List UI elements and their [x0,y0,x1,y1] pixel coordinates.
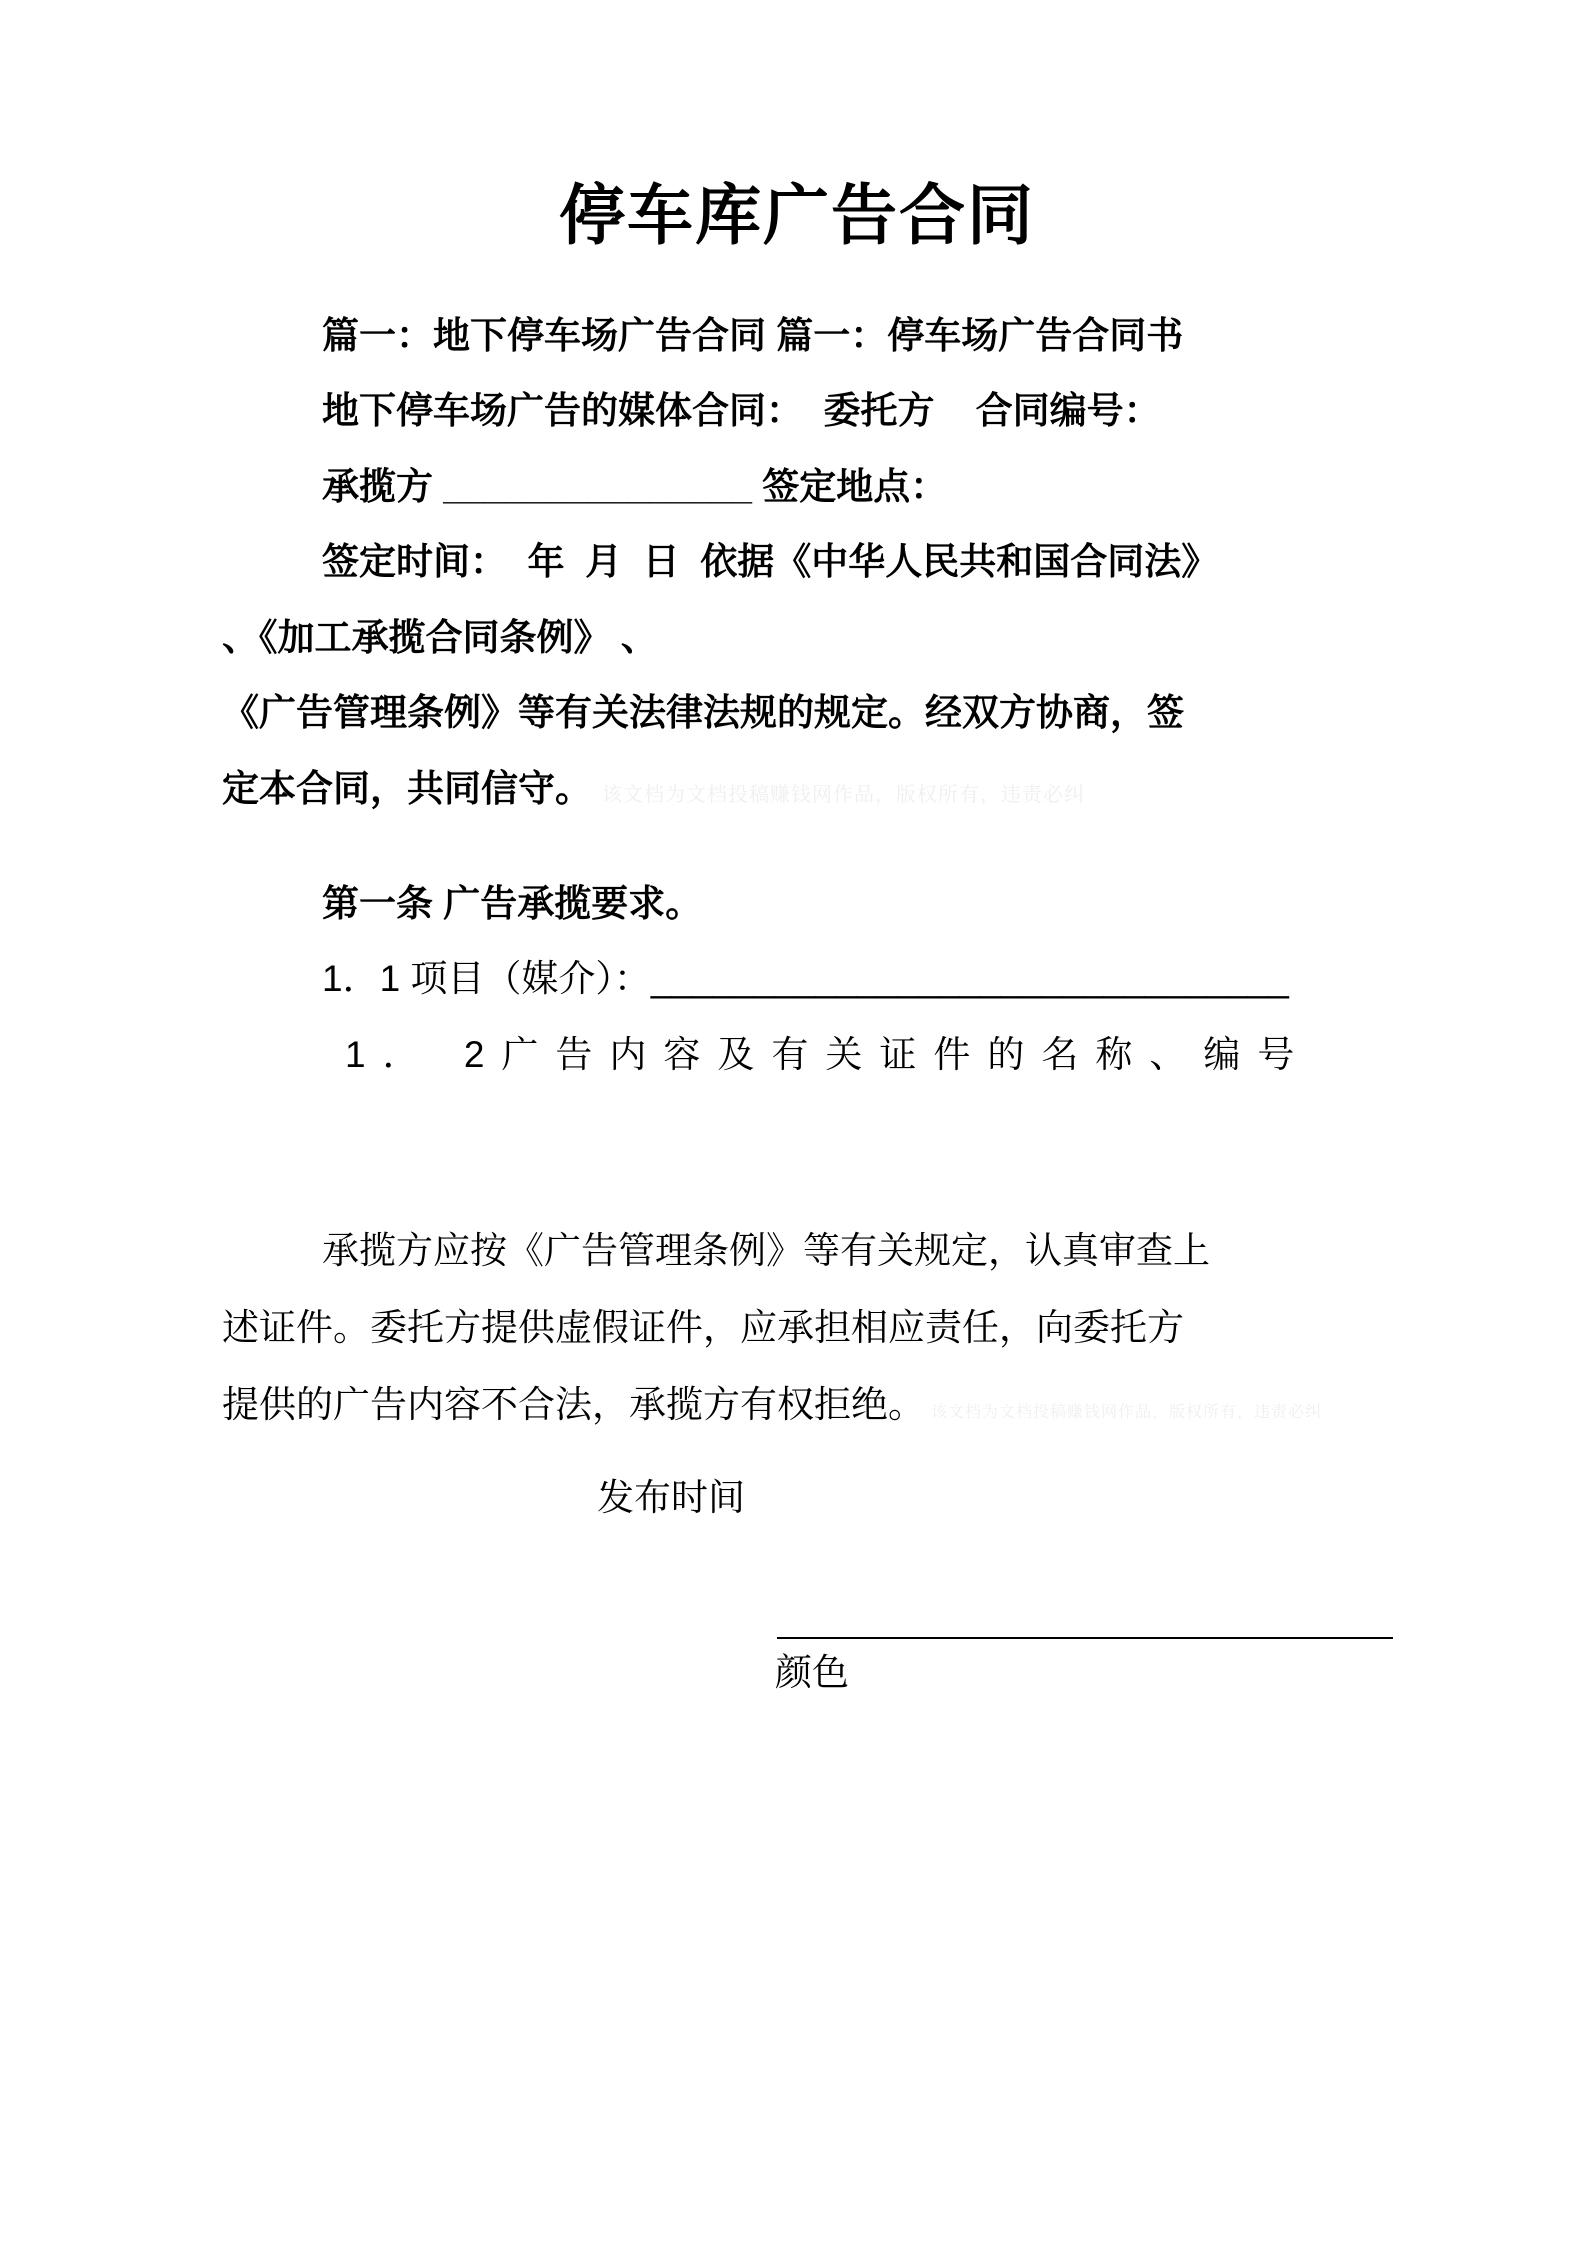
paragraph-regulation-2: 《广告管理条例》等有关法律法规的规定。经双方协商，签 [222,692,1184,735]
document-page: 停车库广告合同 篇一：地下停车场广告合同 篇一：停车场广告合同书 地下停车场广告… [0,0,1594,2256]
paragraph-review-1: 承揽方应按《广告管理条例》等有关规定，认真审查上 [322,1230,1210,1273]
paragraph-review-2: 述证件。委托方提供虚假证件，应承担相应责任，向委托方 [222,1307,1184,1350]
paragraph-text: 提供的广告内容不合法，承揽方有权拒绝。 [222,1384,925,1425]
paragraph-item-1-2: 1． 2广告内容及有关证件的名称、编号 [345,1034,1311,1077]
label-color: 颜色 [775,1652,849,1695]
label-publish-time: 发布时间 [597,1477,745,1520]
paragraph-item-1-1: 1．1 项目（媒介）：_____________________________… [322,958,1289,1001]
paragraph-pian-yi: 篇一：地下停车场广告合同 篇一：停车场广告合同书 [322,315,1183,358]
document-title: 停车库广告合同 [0,182,1594,248]
paragraph-media-contract: 地下停车场广告的媒体合同： 委托方 合同编号： [322,390,1161,433]
paragraph-text: 定本合同，共同信守。 [222,768,592,809]
paragraph-signing-time: 签定时间： 年 月 日 依据《中华人民共和国合同法》 [322,541,1218,584]
paragraph-review-3: 提供的广告内容不合法，承揽方有权拒绝。该文档为文档投稿赚钱网作品，版权所有，违责… [222,1384,1322,1427]
watermark-text: 该文档为文档投稿赚钱网作品，版权所有，违责必纠 [602,784,1085,806]
watermark-text: 该文档为文档投稿赚钱网作品，版权所有，违责必纠 [931,1404,1322,1421]
paragraph-contractor-blank: 承揽方 _______________ 签定地点： [322,466,947,509]
paragraph-article-one: 第一条 广告承揽要求。 [322,883,702,926]
paragraph-mutual-agreement: 定本合同，共同信守。该文档为文档投稿赚钱网作品，版权所有，违责必纠 [222,768,1085,811]
paragraph-regulation-1: 、《加工承揽合同条例》 、 [222,617,658,660]
horizontal-rule [777,1637,1393,1639]
